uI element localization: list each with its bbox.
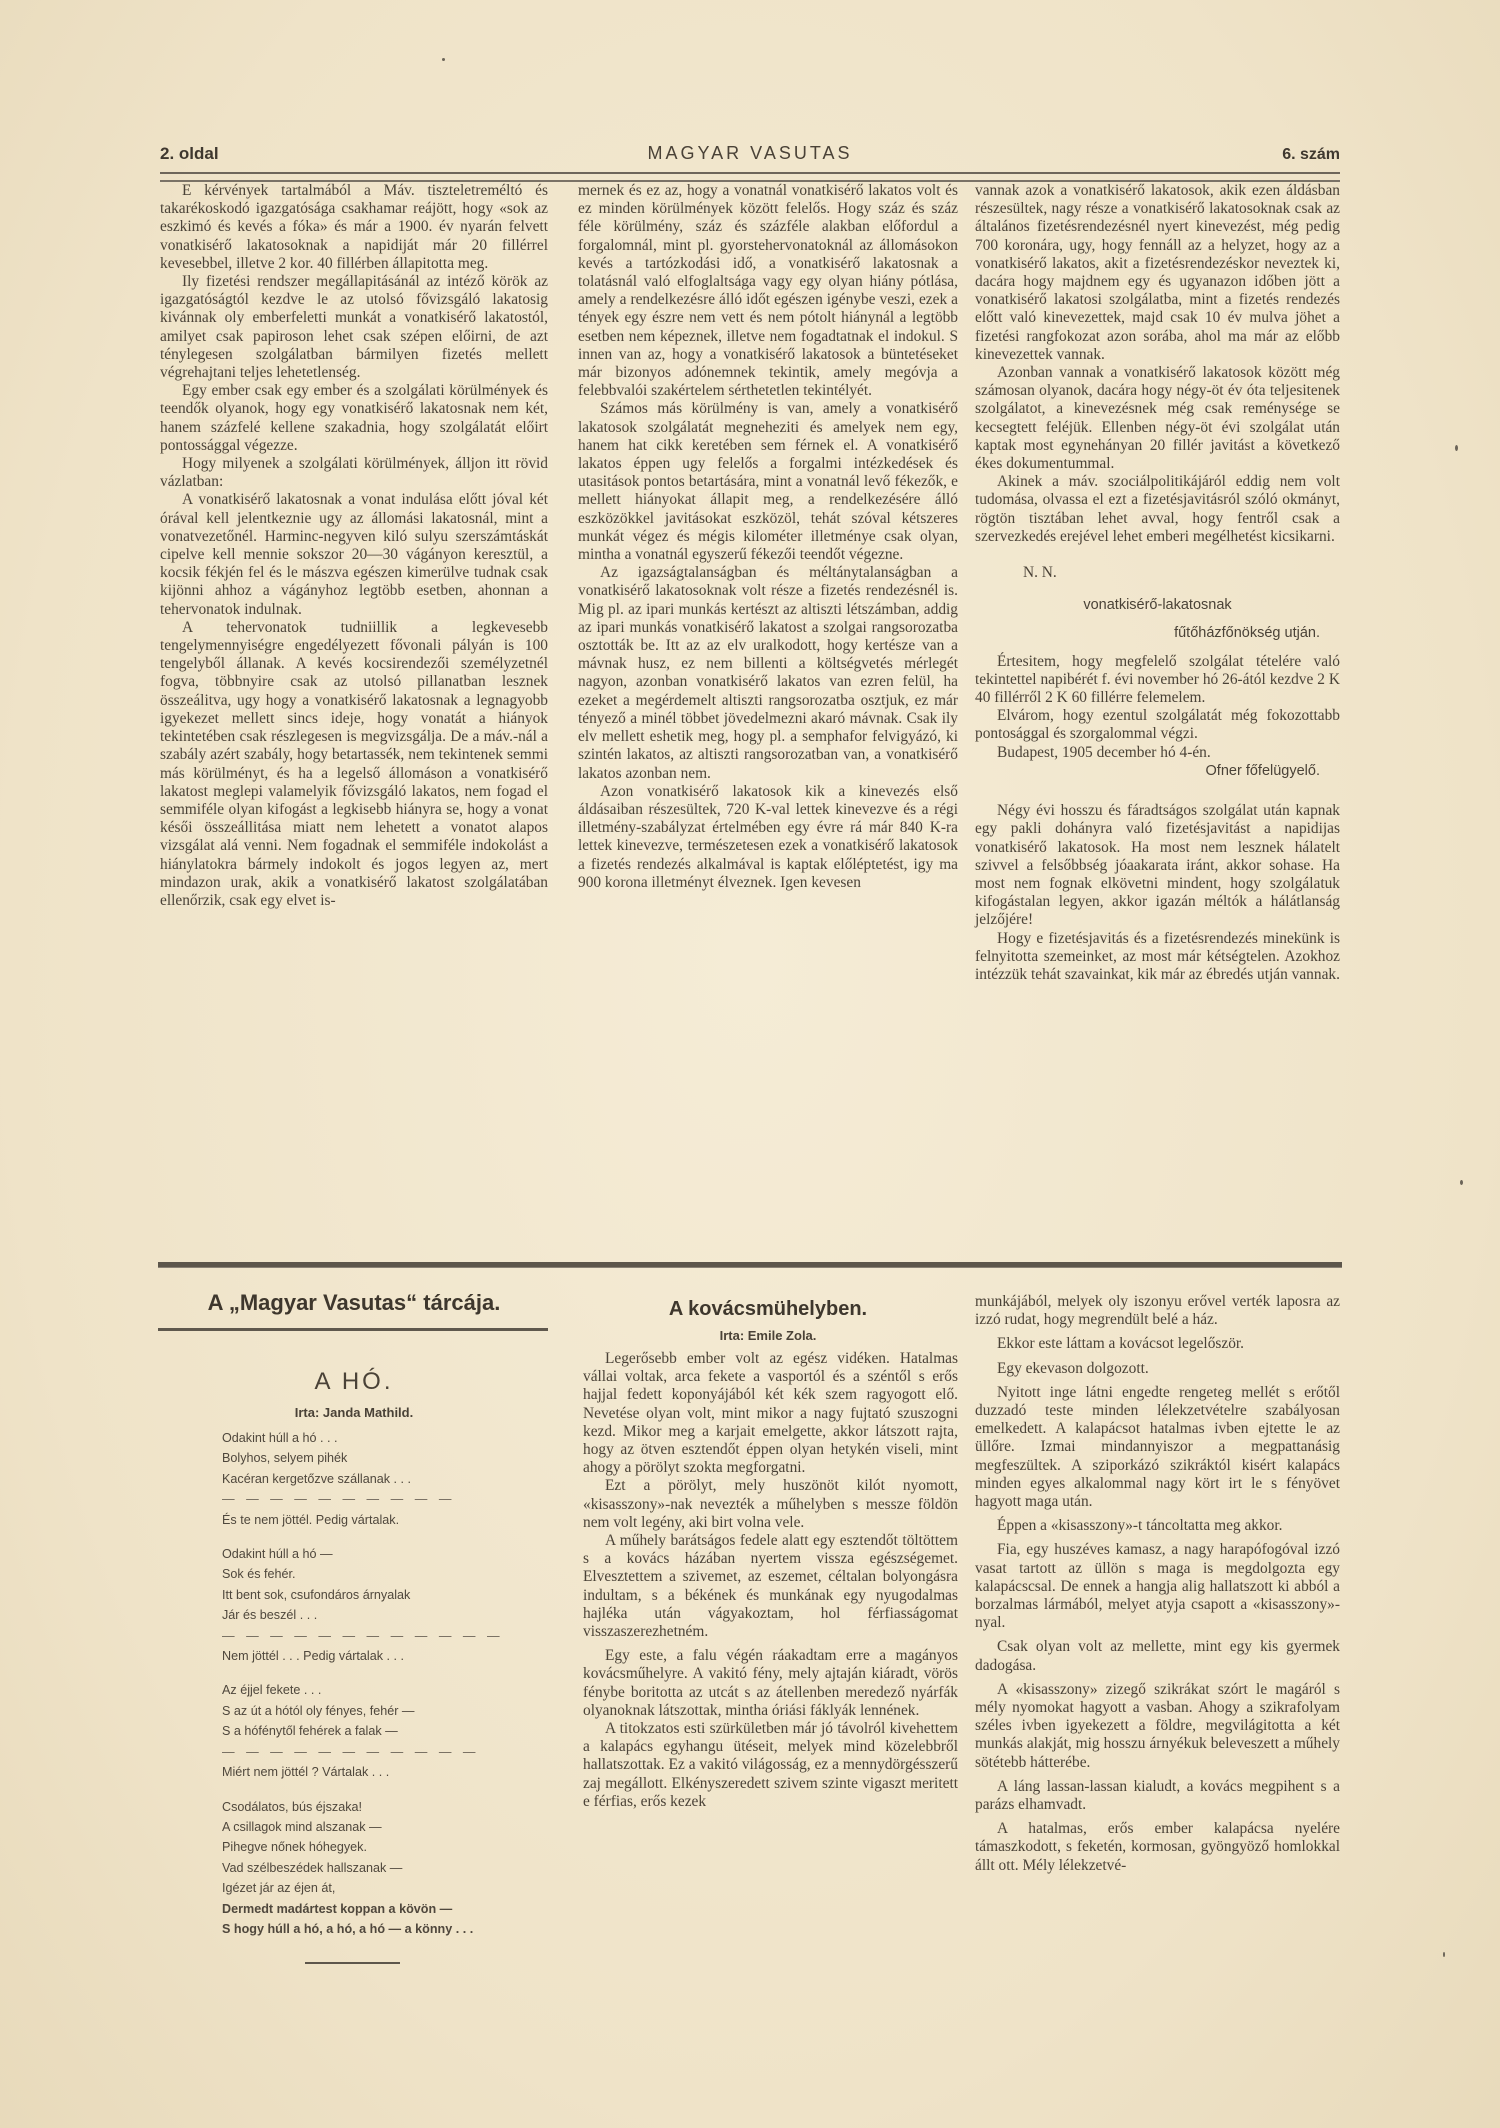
stanza-gap — [222, 1530, 562, 1544]
paragraph: A tehervonatok tudniillik a legkevesebb … — [160, 619, 548, 910]
paragraph: A vonatkisérő lakatosnak a vonat indulás… — [160, 491, 548, 618]
paragraph: Számos más körülmény is van, amely a von… — [578, 400, 958, 564]
story-author: Irta: Emile Zola. — [578, 1328, 958, 1343]
newspaper-page: 2. oldal MAGYAR VASUTAS 6. szám E kérvén… — [0, 0, 1500, 2128]
article-column-3: vannak azok a vonatkisérő lakatosok, aki… — [975, 182, 1340, 984]
paragraph: A titokzatos esti szürkületben már jó tá… — [583, 1720, 958, 1811]
poem-line: Vad szélbeszédek hallszanak — — [222, 1858, 562, 1878]
letter-body: Elvárom, hogy ezentul szolgálatát még fo… — [975, 707, 1340, 743]
paragraph: Egy ekevason dolgozott. — [975, 1360, 1340, 1378]
paragraph: Egy este, a falu végén ráakadtam erre a … — [583, 1647, 958, 1720]
issue-number: 6. szám — [1282, 146, 1340, 164]
poem-line: Igézet jár az éjen át, — [222, 1878, 562, 1898]
story-column-1: Legerősebb ember volt az egész vidéken. … — [583, 1350, 958, 1811]
paragraph: mernek és ez az, hogy a vonatnál vonatki… — [578, 182, 958, 400]
poem-line: A csillagok mind alszanak — — [222, 1817, 562, 1837]
letter-date: Budapest, 1905 december hó 4-én. — [975, 744, 1340, 762]
paragraph: Azon vonatkisérő lakatosok kik a kinevez… — [578, 783, 958, 892]
paragraph: Csak olyan volt az mellette, mint egy ki… — [975, 1638, 1340, 1674]
stanza-gap — [222, 1666, 562, 1680]
paragraph: Négy évi hosszu és fáradtságos szolgálat… — [975, 802, 1340, 929]
paper-speck — [1460, 1180, 1463, 1185]
poem-line: S a hófénytől fehérek a falak — — [222, 1721, 562, 1741]
paper-speck — [1443, 1952, 1445, 1957]
paragraph: Egy ember csak egy ember és a szolgálati… — [160, 382, 548, 455]
poem-line: Odakint húll a hó . . . — [222, 1428, 562, 1448]
poem-line: S az út a hótól oly fényes, fehér — — [222, 1701, 562, 1721]
paragraph: E kérvények tartalmából a Máv. tisztelet… — [160, 182, 548, 273]
letter-address-line-1: vonatkisérő-lakatosnak — [975, 596, 1340, 614]
poem-line: Jár és beszél . . . — [222, 1605, 562, 1625]
page-header: 2. oldal MAGYAR VASUTAS 6. szám — [160, 140, 1340, 170]
poem-line: Miért nem jöttél ? Vártalak . . . — [222, 1762, 562, 1782]
poem-line: Bolyhos, selyem pihék — [222, 1448, 562, 1468]
paragraph: munkájából, melyek oly iszonyu erővel ve… — [975, 1293, 1340, 1329]
poem-line: Az éjjel fekete . . . — [222, 1680, 562, 1700]
poem-body: Odakint húll a hó . . .Bolyhos, selyem p… — [222, 1428, 562, 1939]
poem-line: És te nem jöttél. Pedig vártalak. — [222, 1510, 562, 1530]
poem-line: Nem jöttél . . . Pedig vártalak . . . — [222, 1646, 562, 1666]
feuilleton-title: A „Magyar Vasutas“ tárcája. — [160, 1290, 548, 1316]
stanza-gap — [222, 1783, 562, 1797]
paragraph: Ezt a pörölyt, mely huszönöt kilót nyomo… — [583, 1477, 958, 1532]
header-rule — [160, 172, 1340, 182]
paragraph: Fia, egy huszéves kamasz, a nagy harapóf… — [975, 1541, 1340, 1632]
paragraph: Éppen a «kisasszony»-t táncoltatta meg a… — [975, 1517, 1340, 1535]
poem-line: Dermedt madártest koppan a kövön — — [222, 1899, 562, 1919]
paragraph: A műhely barátságos fedele alatt egy esz… — [583, 1532, 958, 1641]
poem-author: Irta: Janda Mathild. — [160, 1405, 548, 1420]
paragraph: Ekkor este láttam a kovácsot legelőször. — [975, 1335, 1340, 1353]
paragraph: Akinek a máv. szociálpolitikájáról eddig… — [975, 473, 1340, 546]
paragraph: Hogy milyenek a szolgálati körülmények, … — [160, 455, 548, 491]
poem-line: Csodálatos, bús éjszaka! — [222, 1797, 562, 1817]
paper-speck — [442, 58, 445, 61]
masthead-title: MAGYAR VASUTAS — [160, 143, 1340, 164]
poem-line: Odakint húll a hó — — [222, 1544, 562, 1564]
poem-dash-line: — — — — — — — — — — — [222, 1489, 562, 1509]
story-title: A kovácsmühelyben. — [578, 1298, 958, 1321]
paper-speck — [1455, 445, 1458, 451]
paragraph: A láng lassan-lassan kialudt, a kovács m… — [975, 1778, 1340, 1814]
letter-address-line-2: fűtőházfőnökség utján. — [975, 624, 1340, 642]
letter-salutation: N. N. — [975, 564, 1340, 582]
letter-body: Értesitem, hogy megfelelő szolgálat téte… — [975, 653, 1340, 708]
poem-line: S hogy húll a hó, a hó, a hó — a könny .… — [222, 1919, 562, 1939]
paragraph: A hatalmas, erős ember kalapácsa nyelére… — [975, 1820, 1340, 1875]
paragraph: Azonban vannak a vonatkisérő lakatosok k… — [975, 364, 1340, 473]
poem-end-rule — [305, 1962, 400, 1964]
paragraph: Az igazságtalanságban és méltánytalanság… — [578, 564, 958, 782]
poem-dash-line: — — — — — — — — — — — — — [222, 1626, 562, 1646]
quoted-letter: N. N. vonatkisérő-lakatosnak fűtőházfőnö… — [975, 564, 1340, 780]
letter-signature: Ofner főfelügyelő. — [975, 762, 1340, 780]
poem-line: Itt bent sok, csufondáros árnyalak — [222, 1585, 562, 1605]
poem-line: Sok és fehér. — [222, 1564, 562, 1584]
paragraph: Hogy e fizetésjavitás és a fizetésrendez… — [975, 930, 1340, 985]
article-column-2: mernek és ez az, hogy a vonatnál vonatki… — [578, 182, 958, 892]
paragraph: A «kisasszony» zizegő szikrákat szórt le… — [975, 1681, 1340, 1772]
article-column-1: E kérvények tartalmából a Máv. tisztelet… — [160, 182, 548, 910]
story-column-2: munkájából, melyek oly iszonyu erővel ve… — [975, 1293, 1340, 1875]
poem-title: A HÓ. — [160, 1368, 548, 1396]
paragraph: vannak azok a vonatkisérő lakatosok, aki… — [975, 182, 1340, 364]
poem-line: Kacéran kergetőzve szállanak . . . — [222, 1469, 562, 1489]
poem-line: Pihegve nőnek hóhegyek. — [222, 1837, 562, 1857]
section-divider — [158, 1262, 1342, 1267]
paragraph: Ily fizetési rendszer megállapitásánál a… — [160, 273, 548, 382]
poem-dash-line: — — — — — — — — — — — — [222, 1742, 562, 1762]
paragraph: Legerősebb ember volt az egész vidéken. … — [583, 1350, 958, 1477]
feuilleton-title-rule — [158, 1328, 548, 1331]
paragraph: Nyitott inge látni engedte rengeteg mell… — [975, 1384, 1340, 1511]
